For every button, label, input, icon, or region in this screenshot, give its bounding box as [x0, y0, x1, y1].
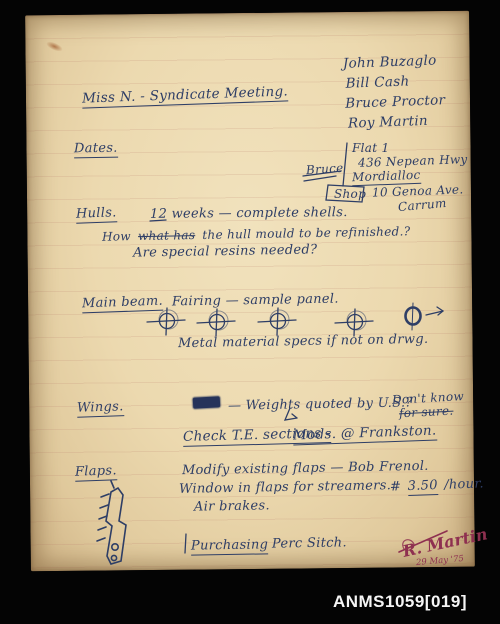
- hulls-refinish-struck: what has: [138, 228, 195, 243]
- archive-id-label: ANMS1059[019]: [333, 592, 467, 612]
- attendee-name: John Buzaglo: [343, 53, 445, 71]
- archive-photo-frame: John Buzaglo Bill Cash Bruce Proctor Roy…: [0, 0, 500, 624]
- section-wings-heading: Wings.: [77, 400, 124, 416]
- attendee-name: Roy Martin: [348, 113, 447, 131]
- attendee-list: John Buzaglo Bill Cash Bruce Proctor Roy…: [343, 53, 447, 136]
- shop-label: Shop: [334, 188, 366, 201]
- section-hulls-heading: Hulls.: [76, 206, 117, 222]
- hulls-refinish-pre: How: [102, 229, 131, 244]
- purchasing-heading: Purchasing: [191, 538, 269, 554]
- address-suburb: Mordialloc: [352, 169, 421, 185]
- wings-mods-frankston: Mods. @ Frankston.: [293, 424, 437, 444]
- section-flaps-heading: Flaps.: [75, 464, 117, 480]
- section-dates-heading: Dates.: [74, 142, 118, 157]
- rate-value: 3.50: [407, 478, 438, 496]
- section-main-beam-heading: Main beam.: [82, 295, 163, 312]
- main-beam-fairing: Fairing — sample panel.: [172, 293, 339, 310]
- rate-symbol: #: [390, 479, 402, 494]
- address-bruce-label: Bruce: [306, 162, 344, 178]
- address-flat: Flat 1: [352, 142, 389, 155]
- flaps-air-brakes: Air brakes.: [194, 499, 270, 515]
- attendee-name: Bruce Proctor: [345, 93, 446, 111]
- attendee-name: Bill Cash: [345, 73, 445, 91]
- purchasing-name: Perc Sitch.: [272, 536, 347, 552]
- rate-unit: /hour.: [444, 476, 484, 492]
- scribbled-out-word: [193, 396, 221, 408]
- hulls-line-shells: 12 weeks — complete shells.: [150, 206, 348, 222]
